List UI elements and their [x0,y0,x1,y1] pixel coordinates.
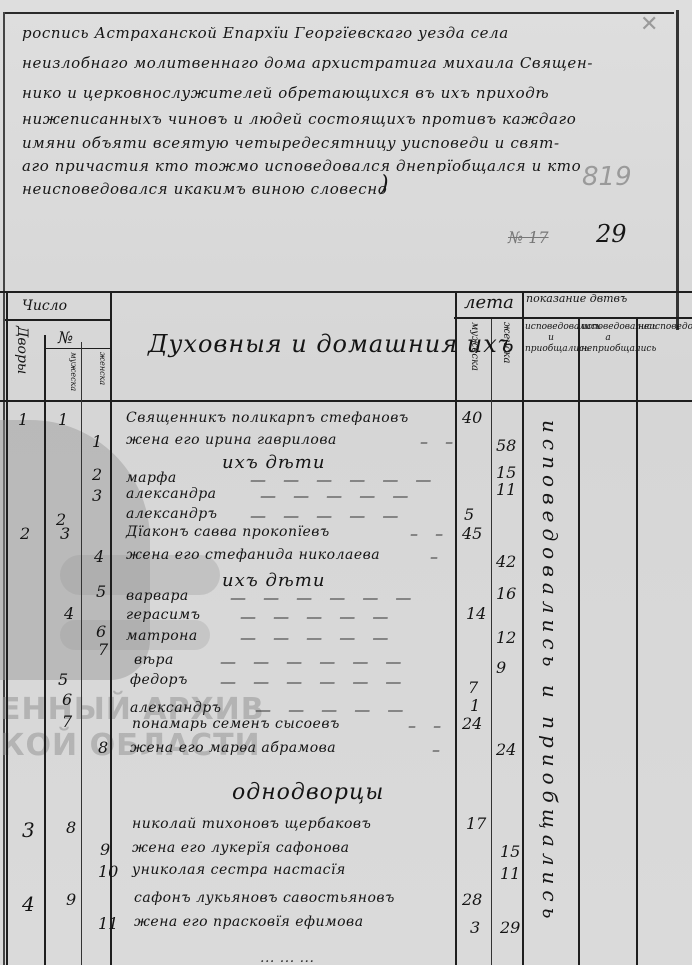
col-divider-leta [455,291,457,965]
row-fill-dash: — — — — — — [230,588,417,607]
header-leta-female: женска [501,322,512,363]
row-female-no: 2 [92,465,102,484]
row-age-male: 7 [468,678,478,697]
row-age-female: 24 [496,740,516,759]
row-male-no: 4 [64,604,74,623]
row-name: марфа [126,470,177,486]
row-fill-dash: — — — — — — [220,652,407,671]
col-divider-dvory [6,291,8,965]
row-male-no: 7 [62,712,72,731]
row-female-no: 3 [92,486,102,505]
row-age-male: 24 [462,714,482,733]
row-fill-dash: – – [408,716,447,735]
row-age-male: 45 [462,524,482,543]
row-age-female: 16 [496,584,516,603]
header-main-title: Духовныя и домашния ихъ [148,330,515,358]
header-pokazanie: показание двтвъ [526,292,627,305]
row-male-no: 5 [58,670,68,689]
row-fill-dash: — — — — — [240,607,394,626]
row-age-female: 42 [496,552,516,571]
col-divider-not-confessed [636,319,638,965]
row-female-no: 7 [98,640,108,659]
row-female-no: 8 [98,738,108,757]
header-confessed-communed: исповедовались и приобщались [525,322,577,355]
row-name: варвара [126,588,189,604]
row-age-female: 29 [500,918,520,937]
row-age-male: 17 [466,814,486,833]
row-female-no: 10 [98,862,118,881]
row-age-female: 9 [496,658,506,677]
row-name: жена его марѳа абрамова [130,740,336,756]
header-male: мужеска [69,352,78,391]
sheet-number: 29 [596,220,627,248]
table-header-leta-rule [454,317,692,319]
header-leta-male: мужеска [469,322,480,371]
col-divider-confessed-only [578,319,580,965]
row-fill-dash: – [432,740,446,759]
row-female-no: 5 [96,582,106,601]
row-fill-dash: — — — — — [260,486,414,505]
row-age-male: 40 [462,408,482,427]
header-number-sign: № [58,328,73,347]
header-not-confessed: неисповедовались [638,322,690,333]
row-fill-dash: — — — — — [240,628,394,647]
row-fill-dash: – [430,547,444,566]
col-divider-female-no [81,342,82,965]
row-age-male: 28 [462,890,482,909]
row-name: жена его прасковїя ефимова [134,914,364,930]
row-name: жена его стефанида николаева [126,547,380,563]
row-name: Священникъ поликарпъ стефановъ [126,410,409,426]
row-name: герасимъ [126,607,200,623]
row-name: жена его ирина гаврилова [126,432,337,448]
row-age-female: 11 [500,864,520,883]
row-name: александра [126,486,217,502]
row-dvor: 3 [22,818,35,842]
page-top-border [4,12,674,14]
heading-line-2: неизлобнаго молитвеннаго дома архистрати… [22,54,593,72]
row-fill-dash: – – [420,432,459,451]
heading-close-bracket: ) [380,172,389,197]
col-divider-male-no [44,335,46,965]
row-name: вѣра [134,652,174,668]
col-divider-confessed [522,291,524,965]
row-name: александръ [130,700,221,716]
table-header-sub-rule [5,319,111,321]
row-fill-dash: – – [410,524,449,543]
row-male-no: 8 [66,818,76,837]
heading-line-1: роспись Астраханской Епархїи Георгїевска… [22,24,509,42]
row-age-male: 5 [464,505,474,524]
row-female-no: 9 [100,840,110,859]
row-dvor: 4 [22,892,35,916]
row-name: униколая сестра настасїя [132,862,346,878]
row-female-no: 4 [94,547,104,566]
row-dvor: 1 [18,410,28,429]
row-age-female: 11 [496,480,516,499]
header-chislo: Число [22,298,67,314]
row-age-female: 15 [500,842,520,861]
page-right-edge [676,10,679,330]
row-male-no: 9 [66,890,76,909]
row-male-no: 3 [60,524,70,543]
row-female-no: 6 [96,622,106,641]
row-female-no: 11 [98,914,118,933]
header-female: женска [98,352,107,385]
row-age-female: 58 [496,436,516,455]
section-title: однодворцы [232,780,384,805]
row-female-no: 1 [92,432,102,451]
header-dvory: Дворы [14,326,30,374]
pencil-corner-mark: ✕ [640,12,658,37]
row-name: Дїаконъ савва прокопїевъ [126,524,330,540]
header-confessed-not-communed: исповедовались а неприобщались [581,322,635,355]
header-leta: лета [464,292,514,313]
heading-line-4: нижеписанныхъ чиновъ и людей состоящихъ … [22,110,576,128]
archival-document-page: ЕННЫЙ АРХИВ КОЙ ОБЛАСТИ ✕ роспись Астрах… [0,0,692,965]
heading-line-6: аго причастия кто тожмо исповедовался дн… [22,157,581,175]
row-name: матрона [126,628,198,644]
table-header-bottom-rule [0,400,692,402]
row-fill-dash: — — — — — — [220,672,407,691]
pencil-vertical-note: исповедовались и приобщались [538,420,562,925]
sheet-number-struck: № 17 [508,228,549,247]
row-name: николай тихоновъ щербаковъ [132,816,371,832]
row-age-female: 12 [496,628,516,647]
pencil-archive-number: 819 [582,162,632,192]
row-age-male: 1 [470,696,480,715]
row-name: александръ [126,506,217,522]
row-dvor: 2 [20,524,30,543]
row-age-male: 14 [466,604,486,623]
table-header-no-rule [44,348,110,349]
row-name: понамарь семенъ сысоевъ [132,716,340,732]
heading-line-7: неисповедовался икакимъ виною словесно [22,180,387,198]
row-name: сафонъ лукьяновъ савостьяновъ [134,890,395,906]
row-name: жена его лукерїя сафонова [132,840,350,856]
row-name: федоръ [130,672,188,688]
heading-line-5: имяни объяти всеятую четыредесятницу уис… [22,134,560,152]
row-age-male: 3 [470,918,480,937]
row-fill-dash: — — — — — [250,506,404,525]
col-divider-leta-female [491,319,492,965]
row-male-no: 1 [58,410,68,429]
footer-partial-text: ... ... ... [260,950,314,965]
heading-line-3: нико и церковнослужителей обретающихся в… [22,84,549,102]
row-male-no: 6 [62,690,72,709]
